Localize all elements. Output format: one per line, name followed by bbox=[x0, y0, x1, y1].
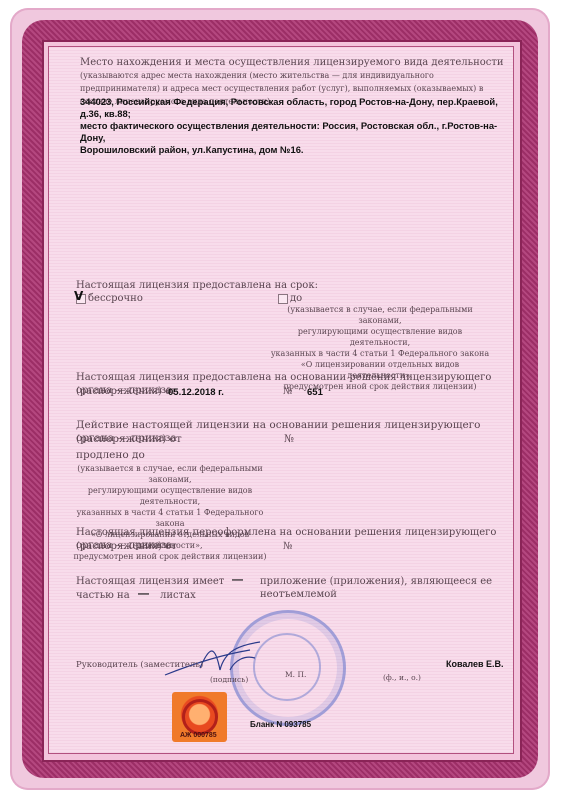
extension-line2-prefix: (распоряжения) от bbox=[76, 433, 182, 445]
extension-number-label: № bbox=[284, 433, 294, 445]
hologram-emblem-icon bbox=[182, 699, 218, 735]
appendix-count: — bbox=[232, 574, 243, 586]
checkbox-until[interactable] bbox=[278, 294, 288, 304]
basis-number-label: № bbox=[283, 385, 292, 398]
signature-caption: (подпись) bbox=[210, 675, 248, 684]
sheet-count: — bbox=[138, 588, 149, 600]
signer-name: Ковалев Е.В. bbox=[446, 659, 504, 669]
note-line: указанных в части 4 статьи 1 Федеральног… bbox=[270, 348, 490, 359]
extension-extended-label: продлено до bbox=[76, 449, 145, 461]
seal-caption: М. П. bbox=[285, 670, 306, 679]
term-label: Настоящая лицензия предоставлена на срок… bbox=[76, 279, 318, 292]
appendix-line1-suffix: приложение (приложения), являющееся ее н… bbox=[260, 575, 566, 601]
location-heading-main: Место нахождения и места осуществления л… bbox=[80, 57, 504, 68]
appendix-line1-prefix: Настоящая лицензия имеет bbox=[76, 575, 224, 588]
role-label: Руководитель (заместитель) bbox=[76, 660, 203, 670]
appendix-line2-prefix: частью на bbox=[76, 589, 130, 602]
note-line: (указывается в случае, если федеральными… bbox=[70, 463, 270, 485]
note-line: регулирующими осуществление видов деятел… bbox=[70, 485, 270, 507]
check-mark-icon: V bbox=[74, 289, 83, 303]
basis-number: 651 bbox=[307, 387, 323, 398]
reissue-line2-prefix: (распоряжения) от bbox=[76, 540, 177, 553]
appendix-line2-suffix: листах bbox=[160, 589, 196, 602]
blank-number: Бланк N 093785 bbox=[250, 720, 311, 729]
address-line: место фактического осуществления деятель… bbox=[80, 120, 520, 144]
option-indefinite-label: бессрочно bbox=[88, 292, 143, 305]
reissue-number-label: № bbox=[283, 540, 292, 553]
hologram-text: АЖ 000785 bbox=[180, 732, 217, 739]
note-line: (указывается в случае, если федеральными… bbox=[270, 304, 490, 326]
address-line: Ворошиловский район, ул.Капустина, дом №… bbox=[80, 144, 520, 156]
basis-date: 05.12.2018 г. bbox=[168, 387, 224, 398]
basis-line2-prefix: (распоряжения) от bbox=[76, 385, 177, 398]
address-block: 344023, Российская Федерация, Ростовская… bbox=[80, 96, 520, 156]
hologram-sticker: АЖ 000785 bbox=[172, 692, 227, 742]
name-caption: (ф., и., о.) bbox=[383, 673, 421, 682]
address-line: 344023, Российская Федерация, Ростовская… bbox=[80, 96, 520, 120]
note-line: регулирующими осуществление видов деятел… bbox=[270, 326, 490, 348]
